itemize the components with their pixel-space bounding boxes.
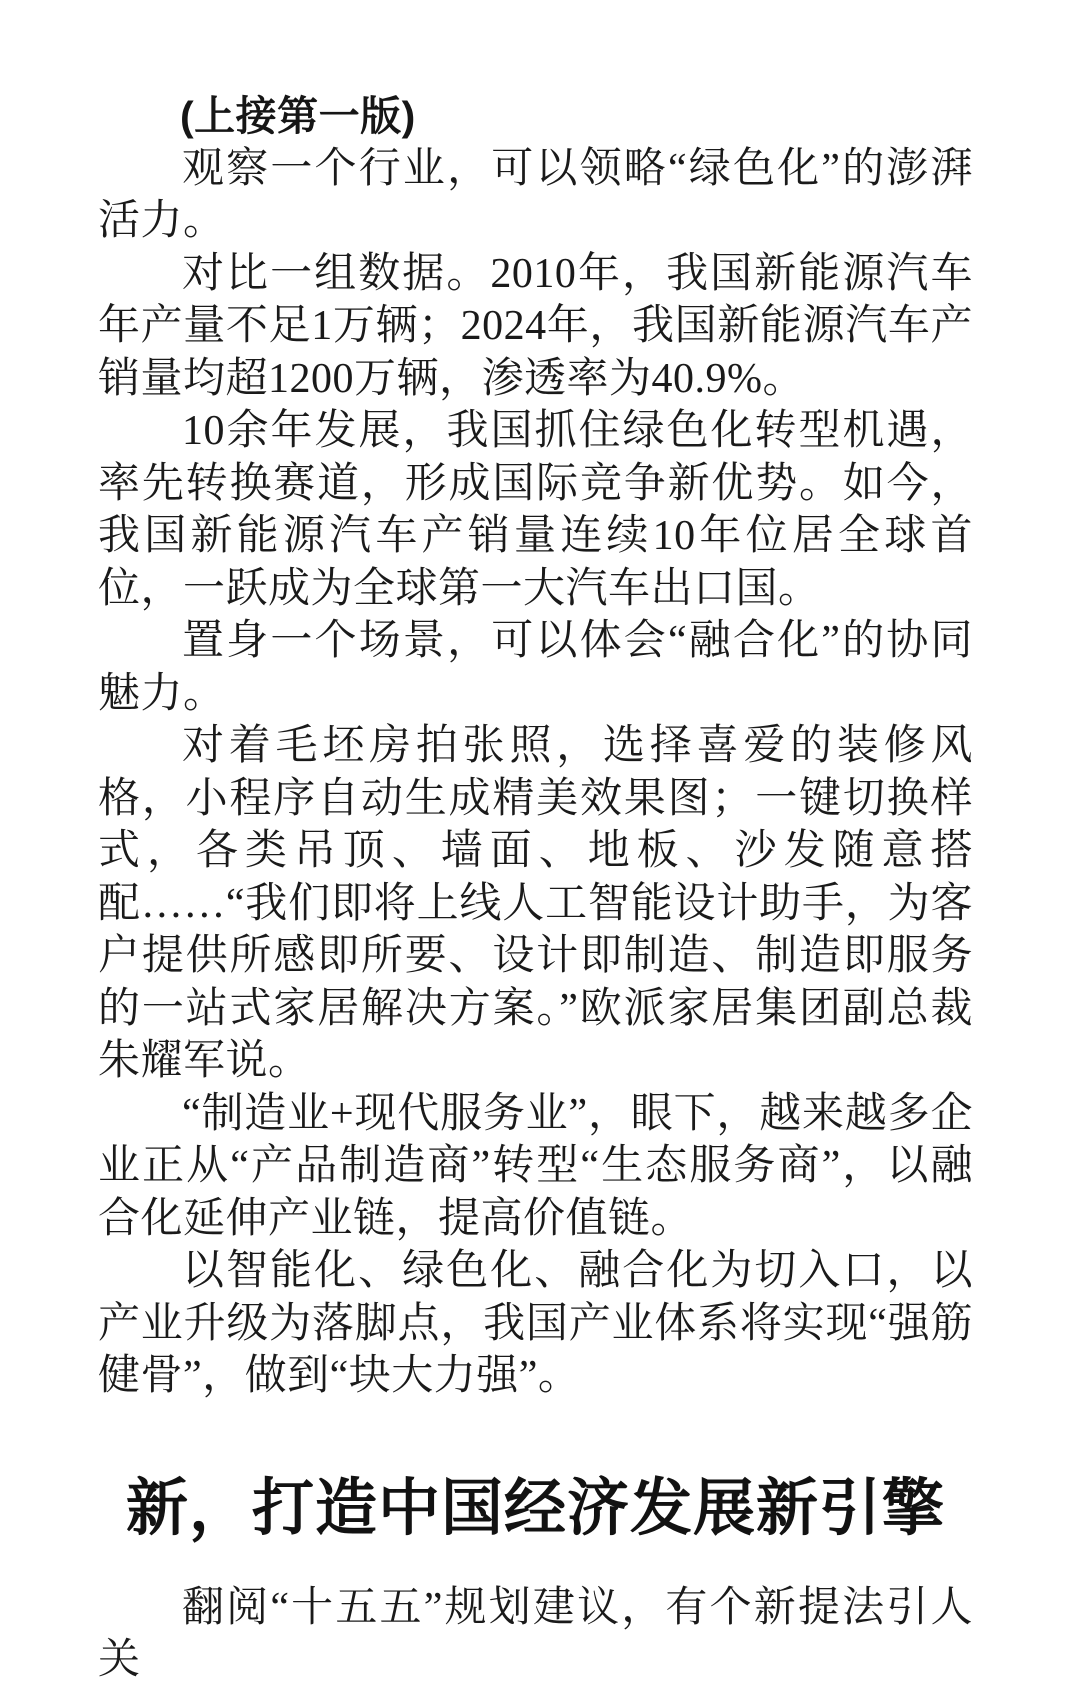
article-paragraph: 翻阅“十五五”规划建议，有个新提法引人关 bbox=[98, 1582, 973, 1687]
article-paragraph: 对着毛坯房拍张照，选择喜爱的装修风格，小程序自动生成精美效果图；一键切换样式，各… bbox=[98, 720, 973, 1088]
article-paragraph: 以智能化、绿色化、融合化为切入口，以产业升级为落脚点，我国产业体系将实现“强筋健… bbox=[98, 1245, 973, 1403]
article-body: (上接第一版) 观察一个行业，可以领略“绿色化”的澎湃活力。 对比一组数据。20… bbox=[98, 90, 973, 1403]
article-paragraph: 对比一组数据。2010年，我国新能源汽车年产量不足1万辆；2024年，我国新能源… bbox=[98, 248, 973, 406]
article-paragraph: 观察一个行业，可以领略“绿色化”的澎湃活力。 bbox=[98, 143, 973, 248]
continuation-note: (上接第一版) bbox=[98, 90, 973, 143]
article-body-continued: 翻阅“十五五”规划建议，有个新提法引人关 bbox=[98, 1582, 973, 1687]
newspaper-page: (上接第一版) 观察一个行业，可以领略“绿色化”的澎湃活力。 对比一组数据。20… bbox=[0, 0, 1080, 1689]
article-column: (上接第一版) 观察一个行业，可以领略“绿色化”的澎湃活力。 对比一组数据。20… bbox=[0, 0, 1080, 1687]
section-headline: 新，打造中国经济发展新引擎 bbox=[98, 1469, 973, 1549]
article-paragraph: 10余年发展，我国抓住绿色化转型机遇，率先转换赛道，形成国际竞争新优势。如今，我… bbox=[98, 405, 973, 615]
article-paragraph: 置身一个场景，可以体会“融合化”的协同魅力。 bbox=[98, 615, 973, 720]
article-paragraph: “制造业+现代服务业”，眼下，越来越多企业正从“产品制造商”转型“生态服务商”，… bbox=[98, 1088, 973, 1246]
